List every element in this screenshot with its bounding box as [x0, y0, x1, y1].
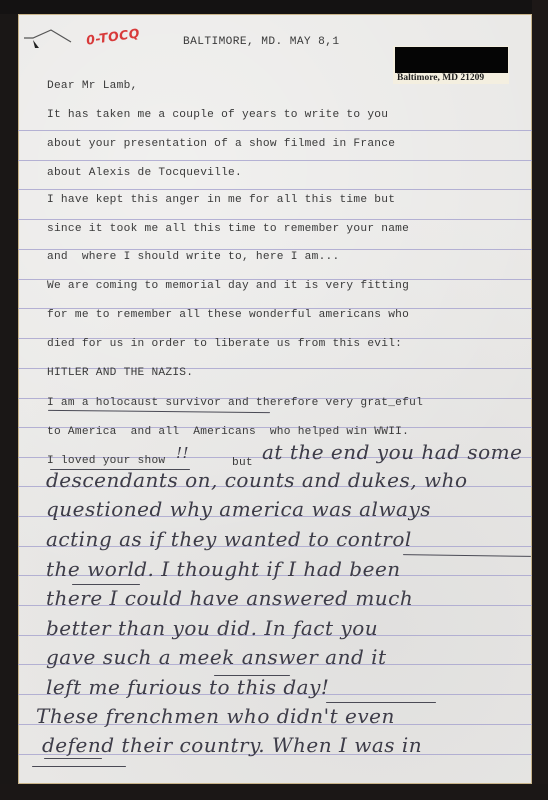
handwritten-line: gave such a meek answer and it	[46, 645, 387, 669]
pen-underline	[44, 758, 102, 759]
handwritten-line: descendants on, counts and dukes, who	[46, 468, 468, 492]
handwritten-line: These frenchmen who didn't even	[36, 704, 395, 728]
handwritten-line: the world. I thought if I had been	[46, 557, 401, 581]
salutation: Dear Mr Lamb,	[47, 80, 138, 92]
address-stamp-text: Baltimore, MD 21209	[397, 73, 484, 83]
typed-line: about your presentation of a show filmed…	[47, 138, 395, 150]
handwritten-line: there I could have answered much	[46, 586, 413, 610]
letter-page: Dear Mr Lamb, It has taken me a couple o…	[18, 14, 532, 784]
typed-line: about Alexis de Tocqueville.	[47, 167, 242, 179]
typed-line: I am a holocaust survivor and therefore …	[47, 397, 423, 409]
typed-line: to America and all Americans who helped …	[47, 426, 409, 438]
pen-underline	[32, 766, 126, 767]
ruled-line	[18, 130, 532, 131]
ruled-line	[18, 219, 532, 220]
scan-frame-bottom	[0, 784, 548, 800]
handwritten-line: defend their country. When I was in	[42, 733, 422, 757]
staple-mark-icon	[21, 26, 81, 56]
scan-frame-top	[0, 0, 548, 14]
scan-frame-right	[532, 0, 548, 800]
typed-line: and where I should write to, here I am..…	[47, 251, 339, 263]
handwritten-line: at the end you had some	[262, 440, 522, 464]
ruled-line	[18, 249, 532, 250]
typed-line: We are coming to memorial day and it is …	[47, 280, 409, 292]
redaction-box	[395, 47, 508, 73]
typed-line: HITLER AND THE NAZIS.	[47, 367, 193, 379]
handwritten-exclaim: !!	[176, 444, 189, 462]
pen-underline	[48, 410, 270, 414]
typed-line: I have kept this anger in me for all thi…	[47, 194, 395, 206]
handwritten-line: left me furious to this day!	[46, 675, 329, 699]
ruled-line	[18, 189, 532, 190]
typed-line: since it took me all this time to rememb…	[47, 223, 409, 235]
typed-line: for me to remember all these wonderful a…	[47, 309, 409, 321]
handwritten-line: acting as if they wanted to control	[46, 527, 412, 551]
handwritten-line: better than you did. In fact you	[46, 616, 378, 640]
handwritten-line: questioned why america was always	[46, 497, 431, 521]
typed-line: died for us in order to liberate us from…	[47, 338, 402, 350]
pen-underline	[403, 554, 531, 557]
typed-line: I loved your show	[47, 455, 165, 467]
ruled-line	[18, 160, 532, 161]
typed-line: It has taken me a couple of years to wri…	[47, 109, 388, 121]
dateline: BALTIMORE, MD. MAY 8,1	[183, 36, 340, 48]
